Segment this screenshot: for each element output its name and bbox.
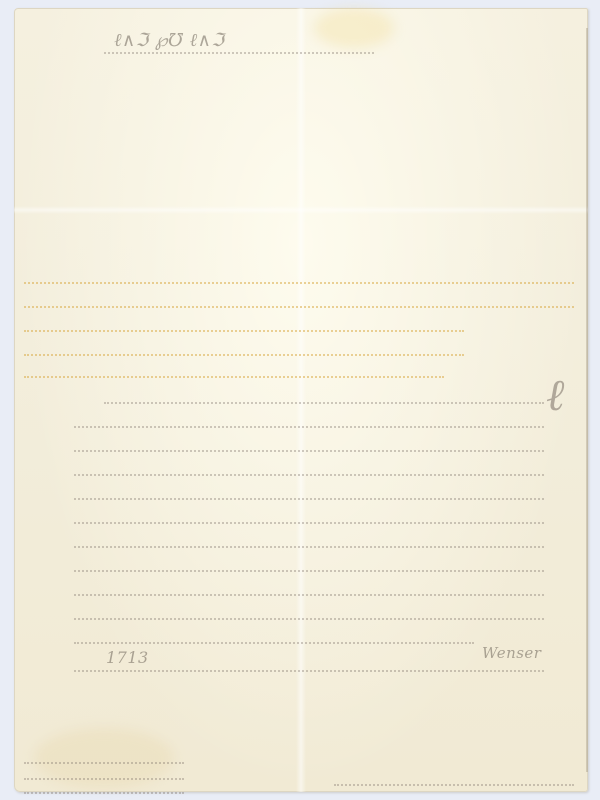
page-edge [586,28,588,772]
year-fragment: 1713 [106,648,149,667]
manuscript-page: ℓ∧ℑ ℘℧ ℓ∧ℑ ℓ Wenser 1713 [14,8,588,792]
initial-flourish: ℓ [546,370,564,421]
horizontal-fold [14,206,588,214]
legible-fragment: Wenser [482,644,541,662]
